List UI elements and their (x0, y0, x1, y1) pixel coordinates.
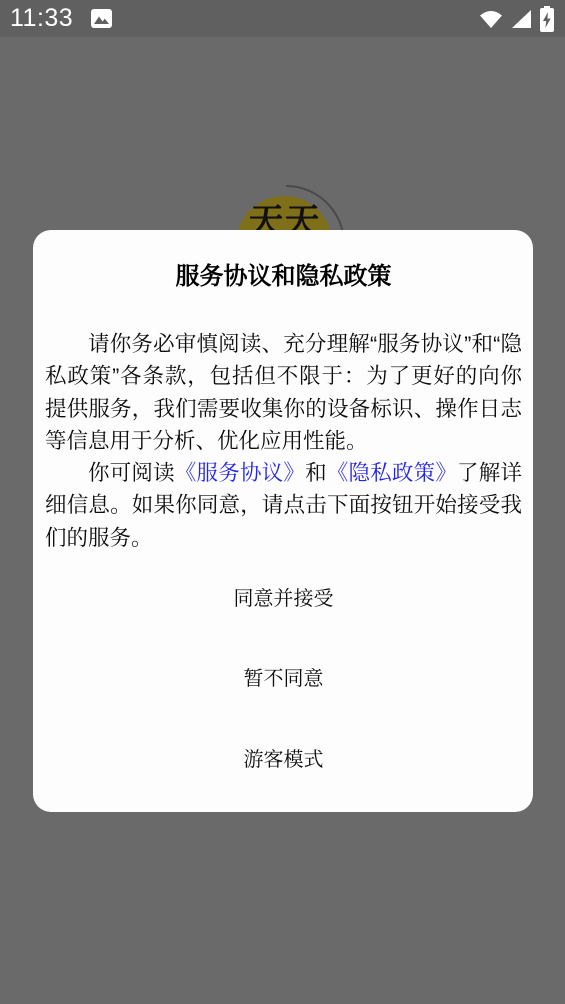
service-agreement-link[interactable]: 《服务协议》 (175, 461, 305, 485)
status-bar: 11:33 (0, 0, 565, 37)
privacy-policy-link[interactable]: 《隐私政策》 (327, 461, 457, 485)
cellular-signal-icon (510, 9, 532, 29)
agree-and-accept-button[interactable]: 同意并接受 (224, 586, 344, 612)
screen: 11:33 天天 服务 (0, 0, 565, 1004)
status-bar-right-icons (479, 5, 555, 33)
image-notification-icon (89, 6, 114, 31)
status-time: 11:33 (10, 0, 73, 37)
guest-mode-button[interactable]: 游客模式 (234, 747, 334, 773)
policy-paragraph-2: 你可阅读《服务协议》和《隐私政策》了解详细信息。如果你同意，请点击下面按钮开始接… (45, 457, 522, 554)
disagree-button[interactable]: 暂不同意 (234, 666, 334, 692)
dialog-body: 请你务必审慎阅读、充分理解“服务协议”和“隐私政策”各条款，包括但不限于：为了更… (45, 328, 522, 554)
battery-charging-icon (539, 5, 555, 33)
paragraph-2-prefix: 你可阅读 (88, 461, 175, 485)
paragraph-2-middle: 和 (305, 461, 327, 485)
privacy-policy-dialog: 服务协议和隐私政策 请你务必审慎阅读、充分理解“服务协议”和“隐私政策”各条款，… (33, 230, 533, 812)
policy-paragraph-1: 请你务必审慎阅读、充分理解“服务协议”和“隐私政策”各条款，包括但不限于：为了更… (45, 328, 522, 457)
dialog-title: 服务协议和隐私政策 (45, 263, 522, 291)
wifi-icon (479, 9, 503, 29)
